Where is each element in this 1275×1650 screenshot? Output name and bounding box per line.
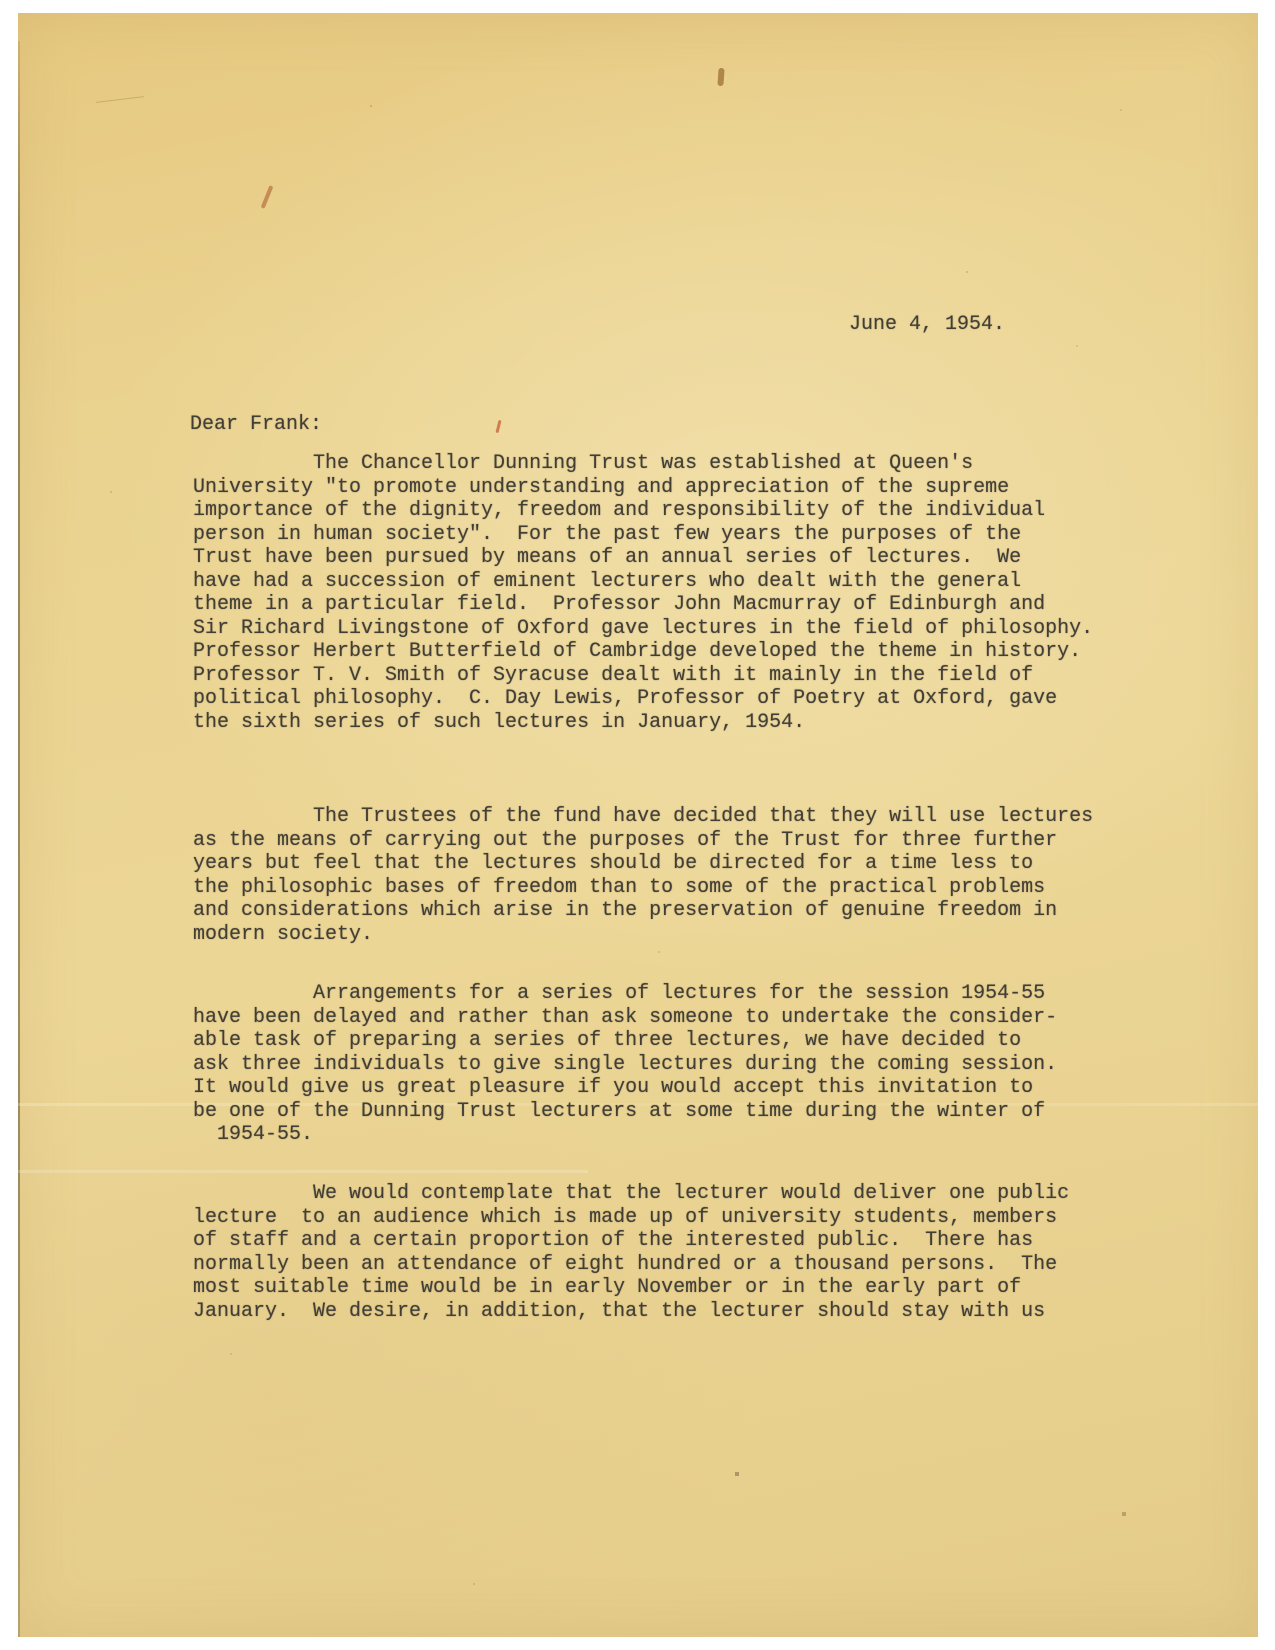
letter-paragraph-3: Arrangements for a series of lectures fo… — [193, 982, 1143, 1147]
page-edge-shadow — [18, 41, 20, 1637]
letter-paragraph-2: The Trustees of the fund have decided th… — [193, 805, 1143, 946]
ink-stain-diagonal — [261, 185, 274, 209]
scan-background: June 4, 1954. Dear Frank: The Chancellor… — [0, 0, 1275, 1650]
letter-paragraph-4: We would contemplate that the lecturer w… — [193, 1182, 1143, 1323]
letter-page: June 4, 1954. Dear Frank: The Chancellor… — [18, 13, 1258, 1637]
paper-specks — [18, 13, 20, 15]
ink-stain-vertical — [717, 68, 724, 86]
paper-fiber-scratch — [96, 96, 144, 103]
letter-date: June 4, 1954. — [849, 313, 1005, 337]
red-pencil-tick — [495, 420, 501, 433]
letter-salutation: Dear Frank: — [190, 413, 322, 437]
fold-crease-lower — [18, 1170, 588, 1173]
letter-paragraph-1: The Chancellor Dunning Trust was establi… — [193, 452, 1143, 734]
